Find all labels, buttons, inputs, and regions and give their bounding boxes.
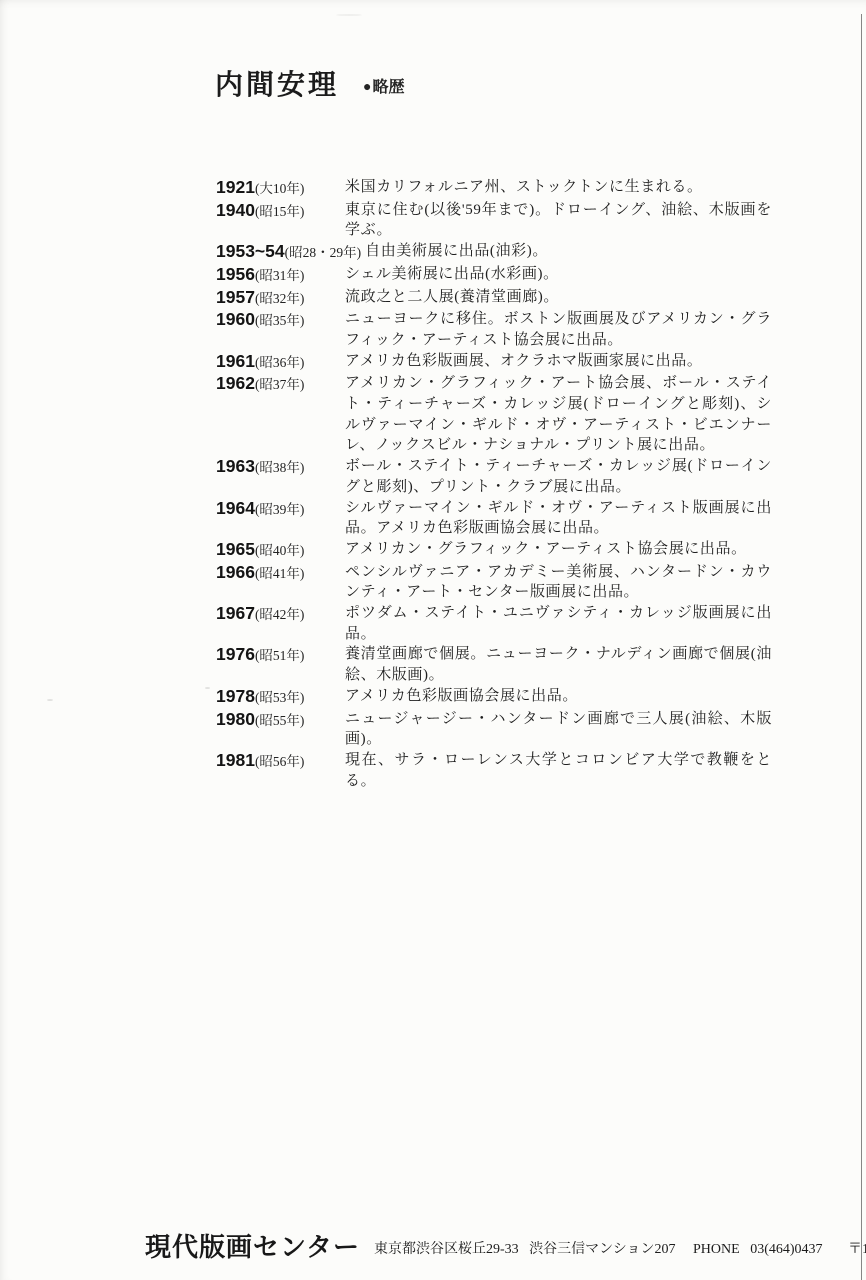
- publisher-contact: 東京都渋谷区桜丘29-33 渋谷三信マンション207 PHONE 03(464)…: [374, 1238, 866, 1261]
- timeline-entry: 1961(昭36年) アメリカ色彩版画展、オクラホマ版画家展に出品。: [216, 351, 772, 374]
- entry-year-cell: 1957(昭32年): [216, 287, 345, 310]
- timeline-entry: 1976(昭51年) 養清堂画廊で個展。ニューヨーク・ナルディン画廊で個展(油絵…: [216, 644, 772, 685]
- artist-name-title: 内間安理: [215, 70, 339, 102]
- entry-description: ニュージャージー・ハンタードン画廊で三人展(油絵、木版画)。: [345, 709, 772, 750]
- entry-era: (昭38年): [255, 460, 305, 475]
- entry-year: 1981: [216, 750, 255, 770]
- entry-year-cell: 1978(昭53年): [216, 686, 345, 709]
- entry-year: 1957: [216, 287, 255, 307]
- entry-description: アメリカ色彩版画展、オクラホマ版画家展に出品。: [345, 351, 772, 372]
- entry-description: 養清堂画廊で個展。ニューヨーク・ナルディン画廊で個展(油絵、木版画)。: [345, 644, 772, 685]
- entry-era: (昭15年): [255, 204, 305, 219]
- entry-era: (昭36年): [255, 355, 305, 370]
- entry-era: (昭37年): [255, 377, 305, 392]
- entry-era: (昭28・29年): [285, 245, 362, 260]
- entry-year-cell: 1961(昭36年): [216, 351, 345, 374]
- entry-era: (昭32年): [255, 291, 305, 306]
- publisher-address-street: 東京都渋谷区桜丘29-33: [374, 1242, 519, 1257]
- entry-year-cell: 1953~54(昭28・29年): [216, 241, 365, 264]
- entry-year-cell: 1921(大10年): [216, 177, 345, 200]
- entry-description: アメリカン・グラフィック・アート協会展、ボール・ステイト・ティーチャーズ・カレッ…: [345, 373, 772, 456]
- entry-year-cell: 1965(昭40年): [216, 539, 345, 562]
- entry-description: ボール・ステイト・ティーチャーズ・カレッジ展(ドローイングと彫刻)、プリント・ク…: [345, 456, 772, 497]
- entry-year: 1921: [216, 177, 255, 197]
- entry-description: シルヴァーマイン・ギルド・オヴ・アーティスト版画展に出品。アメリカ色彩版画協会展…: [345, 498, 772, 539]
- chronology-list: 1921(大10年) 米国カリフォルニア州、ストックトンに生まれる。 1940(…: [216, 177, 772, 791]
- timeline-entry: 1981(昭56年) 現在、サラ・ローレンス大学とコロンビア大学で教鞭をとる。: [216, 750, 772, 791]
- entry-year: 1940: [216, 200, 255, 220]
- entry-year: 1962: [216, 373, 255, 393]
- entry-era: (昭53年): [255, 690, 305, 705]
- timeline-entry: 1953~54(昭28・29年) 自由美術展に出品(油彩)。: [216, 241, 772, 264]
- entry-era: (昭56年): [255, 754, 305, 769]
- entry-year: 1965: [216, 539, 255, 559]
- scan-artifact: [205, 687, 210, 689]
- entry-era: (昭40年): [255, 543, 305, 558]
- timeline-entry: 1980(昭55年) ニュージャージー・ハンタードン画廊で三人展(油絵、木版画)…: [216, 709, 772, 750]
- entry-description: アメリカン・グラフィック・アーティスト協会展に出品。: [345, 539, 772, 560]
- timeline-entry: 1966(昭41年) ペンシルヴァニア・アカデミー美術展、ハンタードン・カウンテ…: [216, 562, 772, 603]
- entry-year-cell: 1976(昭51年): [216, 644, 345, 667]
- section-label: 略歴: [372, 79, 404, 96]
- timeline-entry: 1960(昭35年) ニューヨークに移住。ボストン版画展及びアメリカン・グラフィ…: [216, 309, 772, 350]
- entry-description: 東京に住む(以後'59年まで)。ドローイング、油絵、木版画を学ぶ。: [345, 200, 772, 241]
- entry-description: 現在、サラ・ローレンス大学とコロンビア大学で教鞭をとる。: [345, 750, 772, 791]
- entry-era: (昭55年): [255, 713, 305, 728]
- entry-year-cell: 1980(昭55年): [216, 709, 345, 732]
- entry-year: 1960: [216, 309, 255, 329]
- entry-year-cell: 1960(昭35年): [216, 309, 345, 332]
- document-footer: 現代版画センター 東京都渋谷区桜丘29-33 渋谷三信マンション207 PHON…: [145, 1233, 805, 1261]
- bullet-icon: ●: [363, 78, 371, 94]
- entry-era: (昭42年): [255, 607, 305, 622]
- timeline-entry: 1978(昭53年) アメリカ色彩版画協会展に出品。: [216, 686, 772, 709]
- entry-year-cell: 1964(昭39年): [216, 498, 345, 521]
- publisher-logo: 現代版画センター: [145, 1233, 360, 1261]
- entry-description: ポツダム・ステイト・ユニヴァシティ・カレッジ版画展に出品。: [345, 603, 772, 644]
- entry-era: (昭41年): [255, 566, 305, 581]
- entry-year: 1966: [216, 562, 255, 582]
- timeline-entry: 1940(昭15年) 東京に住む(以後'59年まで)。ドローイング、油絵、木版画…: [216, 200, 772, 241]
- entry-year-cell: 1967(昭42年): [216, 603, 345, 626]
- publisher-address-building: 渋谷三信マンション207: [529, 1242, 675, 1257]
- timeline-entry: 1967(昭42年) ポツダム・ステイト・ユニヴァシティ・カレッジ版画展に出品。: [216, 603, 772, 644]
- entry-year: 1953~54: [216, 241, 285, 261]
- entry-era: (昭39年): [255, 502, 305, 517]
- entry-year: 1976: [216, 644, 255, 664]
- timeline-entry: 1957(昭32年) 流政之と二人展(養清堂画廊)。: [216, 287, 772, 310]
- entry-era: (大10年): [255, 181, 305, 196]
- entry-year: 1961: [216, 351, 255, 371]
- phone-label: PHONE: [693, 1242, 740, 1257]
- timeline-entry: 1965(昭40年) アメリカン・グラフィック・アーティスト協会展に出品。: [216, 539, 772, 562]
- entry-description: シェル美術展に出品(水彩画)。: [345, 264, 772, 285]
- entry-description: アメリカ色彩版画協会展に出品。: [345, 686, 772, 707]
- entry-year-cell: 1981(昭56年): [216, 750, 345, 773]
- entry-era: (昭51年): [255, 648, 305, 663]
- entry-era: (昭35年): [255, 313, 305, 328]
- timeline-entry: 1964(昭39年) シルヴァーマイン・ギルド・オヴ・アーティスト版画展に出品。…: [216, 498, 772, 539]
- entry-era: (昭31年): [255, 268, 305, 283]
- entry-year-cell: 1966(昭41年): [216, 562, 345, 585]
- document-header: 内間安理 ●略歴: [215, 70, 405, 102]
- scan-artifact: [47, 699, 53, 701]
- timeline-entry: 1921(大10年) 米国カリフォルニア州、ストックトンに生まれる。: [216, 177, 772, 200]
- document-page: 内間安理 ●略歴 1921(大10年) 米国カリフォルニア州、ストックトンに生ま…: [0, 0, 866, 1280]
- timeline-entry: 1956(昭31年) シェル美術展に出品(水彩画)。: [216, 264, 772, 287]
- scan-edge-line: [861, 14, 862, 1280]
- entry-year: 1980: [216, 709, 255, 729]
- scan-artifact: [336, 14, 362, 16]
- postal-code: 〒150: [848, 1242, 866, 1257]
- entry-year: 1956: [216, 264, 255, 284]
- timeline-entry: 1962(昭37年) アメリカン・グラフィック・アート協会展、ボール・ステイト・…: [216, 373, 772, 456]
- entry-year-cell: 1940(昭15年): [216, 200, 345, 223]
- entry-description: ペンシルヴァニア・アカデミー美術展、ハンタードン・カウンティ・アート・センター版…: [345, 562, 772, 603]
- entry-year-cell: 1962(昭37年): [216, 373, 345, 396]
- entry-year: 1964: [216, 498, 255, 518]
- entry-year: 1978: [216, 686, 255, 706]
- entry-description: 米国カリフォルニア州、ストックトンに生まれる。: [345, 177, 772, 198]
- timeline-entry: 1963(昭38年) ボール・ステイト・ティーチャーズ・カレッジ展(ドローイング…: [216, 456, 772, 497]
- entry-description: 流政之と二人展(養清堂画廊)。: [345, 287, 772, 308]
- entry-year: 1967: [216, 603, 255, 623]
- entry-description: 自由美術展に出品(油彩)。: [365, 241, 772, 262]
- entry-year-cell: 1956(昭31年): [216, 264, 345, 287]
- entry-year-cell: 1963(昭38年): [216, 456, 345, 479]
- phone-number: 03(464)0437: [750, 1242, 822, 1257]
- entry-year: 1963: [216, 456, 255, 476]
- entry-description: ニューヨークに移住。ボストン版画展及びアメリカン・グラフィック・アーティスト協会…: [345, 309, 772, 350]
- section-tag: ●略歴: [363, 74, 404, 102]
